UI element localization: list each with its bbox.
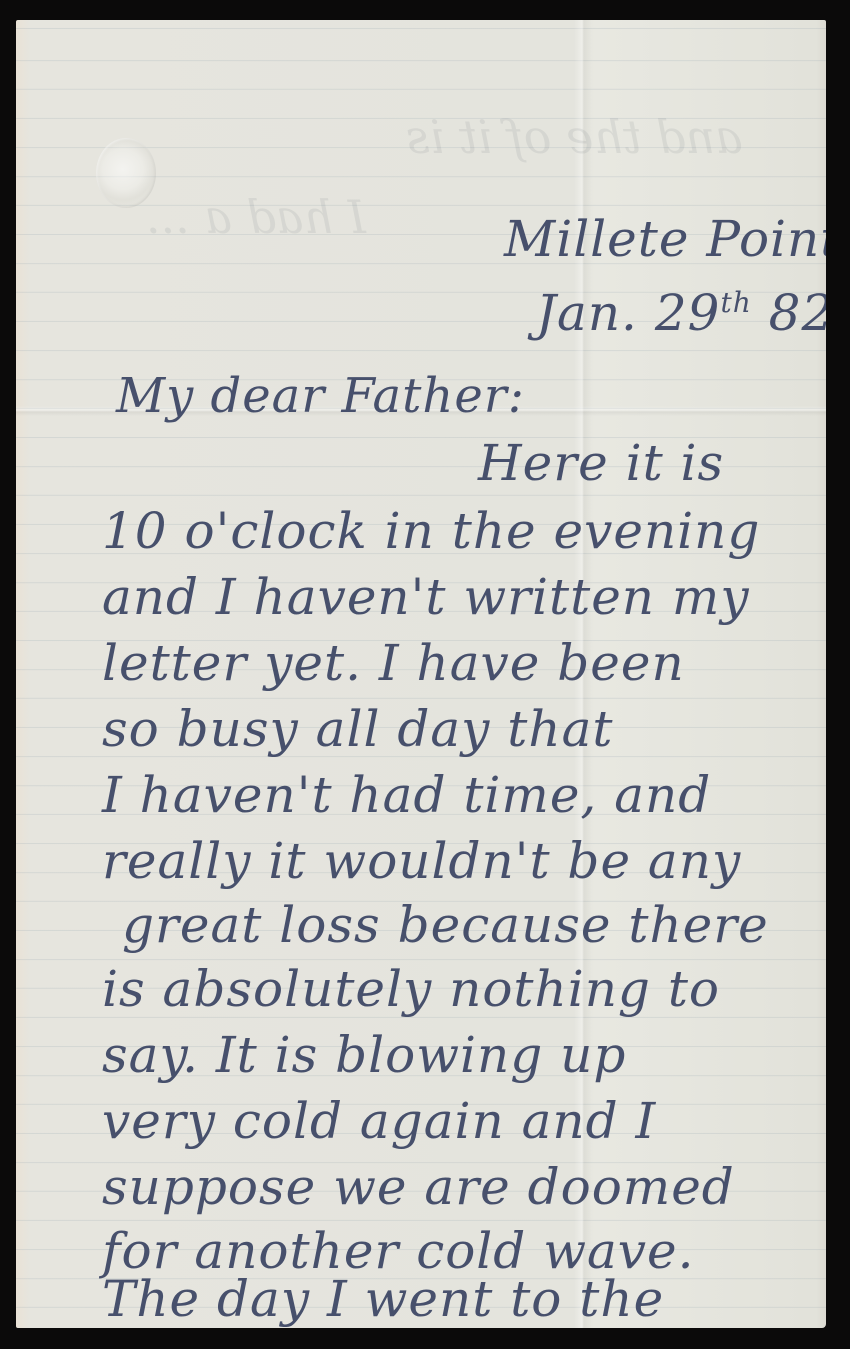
bleed-through-text: and the of it is [406,110,743,164]
letter-date-suffix: th [720,286,751,319]
letter-line: The day I went to the [102,1274,664,1324]
letter-line: for another cold wave. [102,1226,695,1276]
letter-page: and the of it is I had a ... Millete Poi… [16,20,826,1328]
letter-line: Here it is [478,438,724,488]
letter-line: very cold again and I [102,1096,656,1146]
letter-line: letter yet. I have been [102,638,685,688]
letter-line: 10 o'clock in the evening [102,506,760,556]
letter-date: Jan. 29th 82 [536,288,826,338]
letter-line: and I haven't written my [102,572,750,622]
embossed-stationery-mark-icon [96,138,156,208]
letter-line: say. It is blowing up [102,1030,626,1080]
letter-line: suppose we are doomed [102,1162,735,1212]
letter-place: Millete Point [504,214,826,264]
letter-date-day: Jan. 29 [536,284,720,342]
salutation: My dear Father: [116,372,525,420]
letter-line: great loss because there [122,900,769,950]
bleed-through-text: I had a ... [146,190,366,244]
letter-line: so busy all day that [102,704,614,754]
scan-frame: and the of it is I had a ... Millete Poi… [0,0,850,1349]
letter-line: is absolutely nothing to [102,964,720,1014]
letter-line: I haven't had time, and [102,770,711,820]
letter-date-year: 82 [769,284,826,342]
letter-line: really it wouldn't be any [102,836,741,886]
